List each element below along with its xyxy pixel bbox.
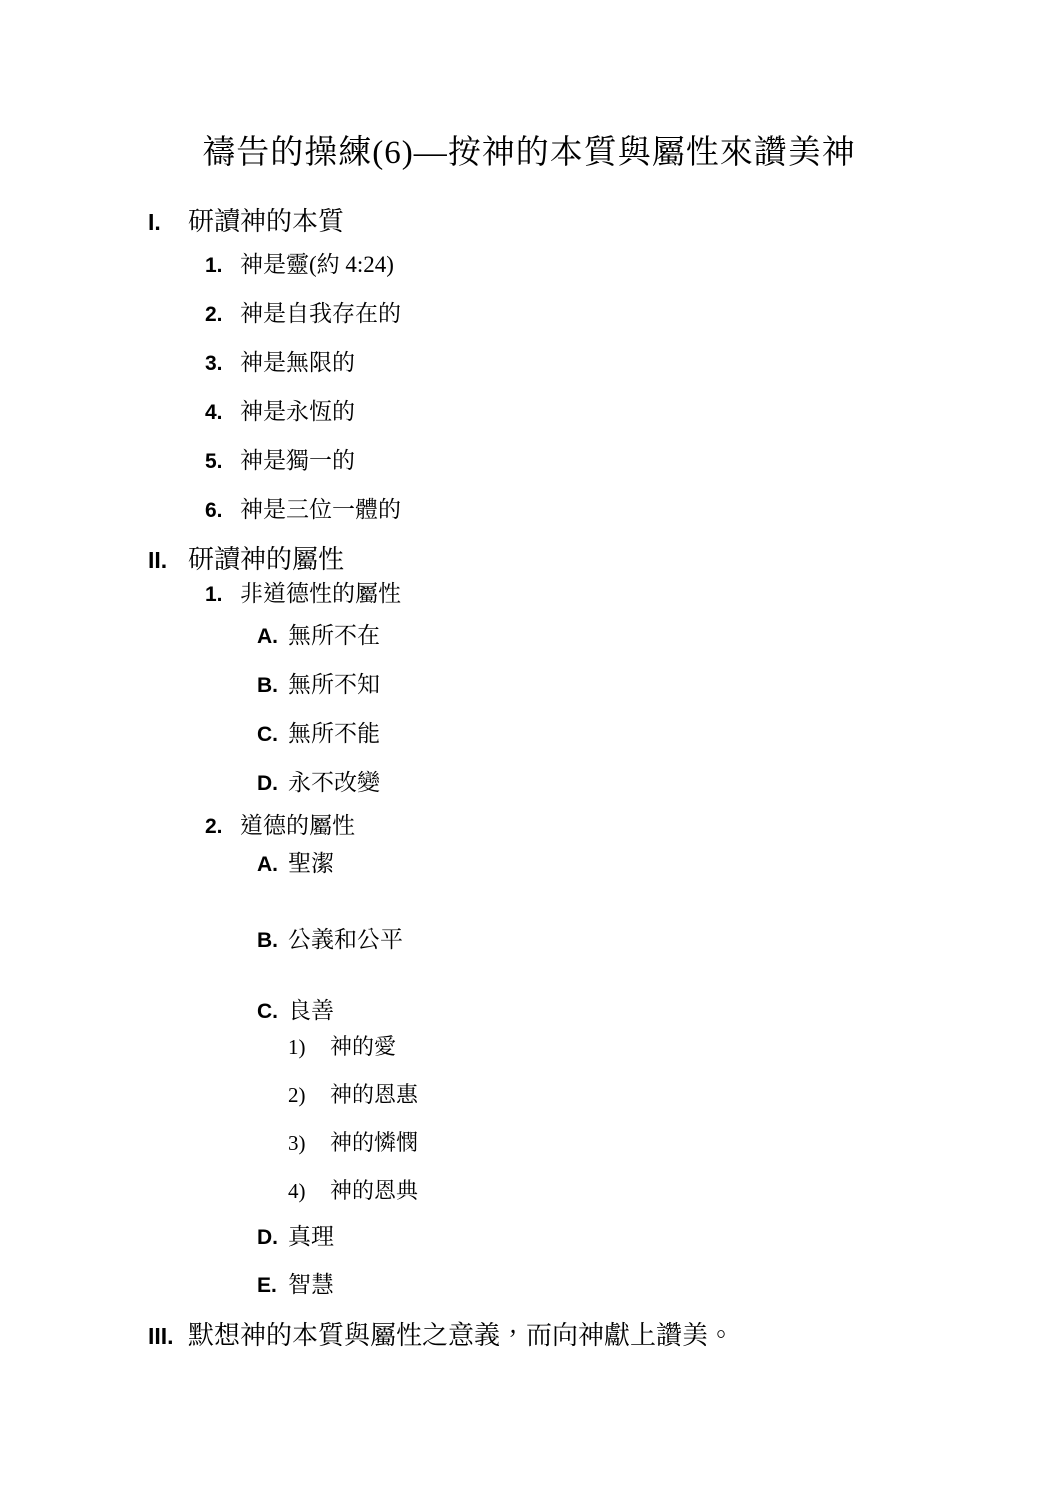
item-text: 無所不在 [288,622,380,650]
section-number: III. [148,1320,188,1352]
outline-item: 3. 神是無限的 [0,349,1058,378]
item-text: 永不改變 [288,769,380,797]
section-heading: 默想神的本質與屬性之意義，而向神獻上讚美。 [188,1320,734,1352]
outline-item: 1. 非道德性的屬性 [0,580,1058,609]
item-number: E. [257,1272,288,1300]
item-text: 良善 [288,997,334,1025]
outline-item: C. 良善 [0,997,1058,1026]
item-text: 神是無限的 [240,349,355,377]
item-text: 神是三位一體的 [240,496,401,524]
item-text: 神是自我存在的 [240,300,401,328]
item-number: 1. [205,581,240,609]
item-number: A. [257,851,288,879]
outline-item: A. 聖潔 [0,850,1058,879]
item-text: 神是獨一的 [240,447,355,475]
item-text: 智慧 [288,1271,334,1299]
item-number: 2. [205,301,240,329]
item-number: 4) [288,1177,330,1205]
outline-item: 4) 神的恩典 [0,1177,1058,1205]
document-title: 禱告的操練(6)—按神的本質與屬性來讚美神 [0,0,1058,174]
item-number: C. [257,998,288,1026]
item-text: 神的恩典 [330,1177,418,1205]
section-heading: 研讀神的屬性 [188,544,344,576]
item-number: A. [257,623,288,651]
item-number: 4. [205,399,240,427]
item-number: 6. [205,497,240,525]
section-number: II. [148,544,188,576]
item-number: D. [257,1224,288,1252]
section-number: I. [148,206,188,238]
item-number: 1. [205,252,240,280]
item-text: 神是永恆的 [240,398,355,426]
item-number: 5. [205,448,240,476]
item-text: 非道德性的屬性 [240,580,401,608]
item-number: 3) [288,1129,330,1157]
item-number: 2) [288,1081,330,1109]
item-number: B. [257,672,288,700]
section-3-heading-row: III. 默想神的本質與屬性之意義，而向神獻上讚美。 [0,1320,1058,1352]
outline-item: D. 真理 [0,1223,1058,1252]
item-text: 聖潔 [288,850,334,878]
item-number: 2. [205,813,240,841]
section-1-heading-row: I. 研讀神的本質 [0,206,1058,238]
outline-item: 1. 神是靈(約 4:24) [0,251,1058,280]
item-text: 神的恩惠 [330,1081,418,1109]
outline-item: 2. 神是自我存在的 [0,300,1058,329]
outline-item: 1) 神的愛 [0,1033,1058,1061]
document-page: 禱告的操練(6)—按神的本質與屬性來讚美神 I. 研讀神的本質 1. 神是靈(約… [0,0,1058,1497]
outline-item: 3) 神的憐憫 [0,1129,1058,1157]
outline-item: A. 無所不在 [0,622,1058,651]
outline-item: 5. 神是獨一的 [0,447,1058,476]
outline-item: B. 公義和公平 [0,926,1058,955]
item-number: 1) [288,1033,330,1061]
item-text: 道德的屬性 [240,812,355,840]
outline-item: E. 智慧 [0,1271,1058,1300]
item-number: D. [257,770,288,798]
item-text: 真理 [288,1223,334,1251]
item-number: B. [257,927,288,955]
outline-item: 2) 神的恩惠 [0,1081,1058,1109]
outline-item: 6. 神是三位一體的 [0,496,1058,525]
item-text: 神的愛 [330,1033,396,1061]
item-text: 神的憐憫 [330,1129,418,1157]
item-text: 神是靈(約 4:24) [240,251,394,279]
item-number: 3. [205,350,240,378]
section-2-heading-row: II. 研讀神的屬性 [0,544,1058,576]
outline-item: 4. 神是永恆的 [0,398,1058,427]
section-heading: 研讀神的本質 [188,206,344,238]
outline-item: C. 無所不能 [0,720,1058,749]
item-text: 無所不能 [288,720,380,748]
outline-item: 2. 道德的屬性 [0,812,1058,841]
outline-item: B. 無所不知 [0,671,1058,700]
item-text: 公義和公平 [288,926,403,954]
item-number: C. [257,721,288,749]
item-text: 無所不知 [288,671,380,699]
outline-item: D. 永不改變 [0,769,1058,798]
